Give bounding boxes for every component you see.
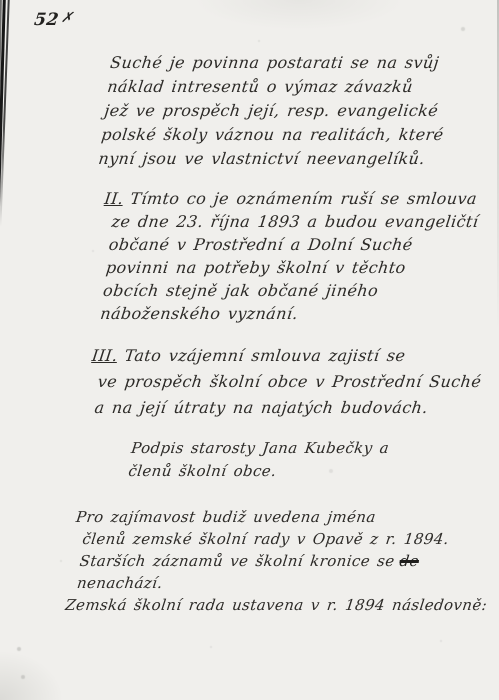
text-line: polské školy váznou na realitách, které [100,123,445,147]
page-number-mark: ✗ [60,10,74,26]
text-line: ve prospěch školní obce v Prostřední Suc… [96,369,483,395]
text-line: Starších záznamů ve školní kronice sede [78,550,494,572]
text-line: povinni na potřeby školní v těchto [105,256,475,279]
text-line: občané v Prostřední a Dolní Suché [107,233,477,256]
section-numeral: III. [91,346,119,365]
text-line: III.Tato vzájemní smlouva zajistí se [90,343,486,369]
text-line: Podpis starosty Jana Kubečky a [130,437,391,460]
text-line: členů zemské školní rady v Opavě z r. 18… [81,528,497,550]
paper-texture [0,0,2,2]
paragraph-1: Suché je povinna postarati se na svůj ná… [97,51,454,171]
text-line: nyní jsou ve vlastnictví neevangelíků. [97,147,442,171]
text-line: členů školní obce. [127,460,388,483]
scanned-manuscript-page: 52✗ Suché je povinna postarati se na svů… [0,0,499,700]
paragraph-5: Pro zajímavost budiž uvedena jména členů… [64,506,499,616]
text-line: náklad intresentů o výmaz závazků [106,75,451,99]
paragraph-2: II.Tímto co je oznámením ruší se smlouva… [89,187,483,325]
section-numeral: II. [103,189,124,208]
text-line: Suché je povinna postarati se na svůj [109,51,454,75]
page-number: 52✗ [33,10,74,30]
struck-word: de [399,552,420,570]
text-line: nenachází. [76,572,492,594]
text-line: II.Tímto co je oznámením ruší se smlouva [103,187,483,210]
text-line-body: Starších záznamů ve školní kronice se [79,552,396,570]
page-number-value: 52 [33,10,60,30]
text-line: a na její útraty na najatých budovách. [93,395,480,421]
text-line: Zemská školní rada ustavena v r. 1894 ná… [64,594,489,616]
text-line: jež ve prospěch její, resp. evangelické [103,99,448,123]
text-line: obcích stejně jak občané jiného [102,279,472,302]
signature-note: Podpis starosty Jana Kubečky a členů ško… [127,437,390,483]
text-line: ze dne 23. října 1893 a budou evangeličt… [110,210,480,233]
text-line: náboženského vyznání. [99,302,469,325]
text-line: Pro zajímavost budiž uvedena jména [75,506,499,528]
text-line-body: Tímto co je oznámením ruší se smlouva [129,189,478,208]
paragraph-3: III.Tato vzájemní smlouva zajistí se ve … [84,343,486,421]
text-line-body: Tato vzájemní smlouva zajistí se [124,346,407,365]
